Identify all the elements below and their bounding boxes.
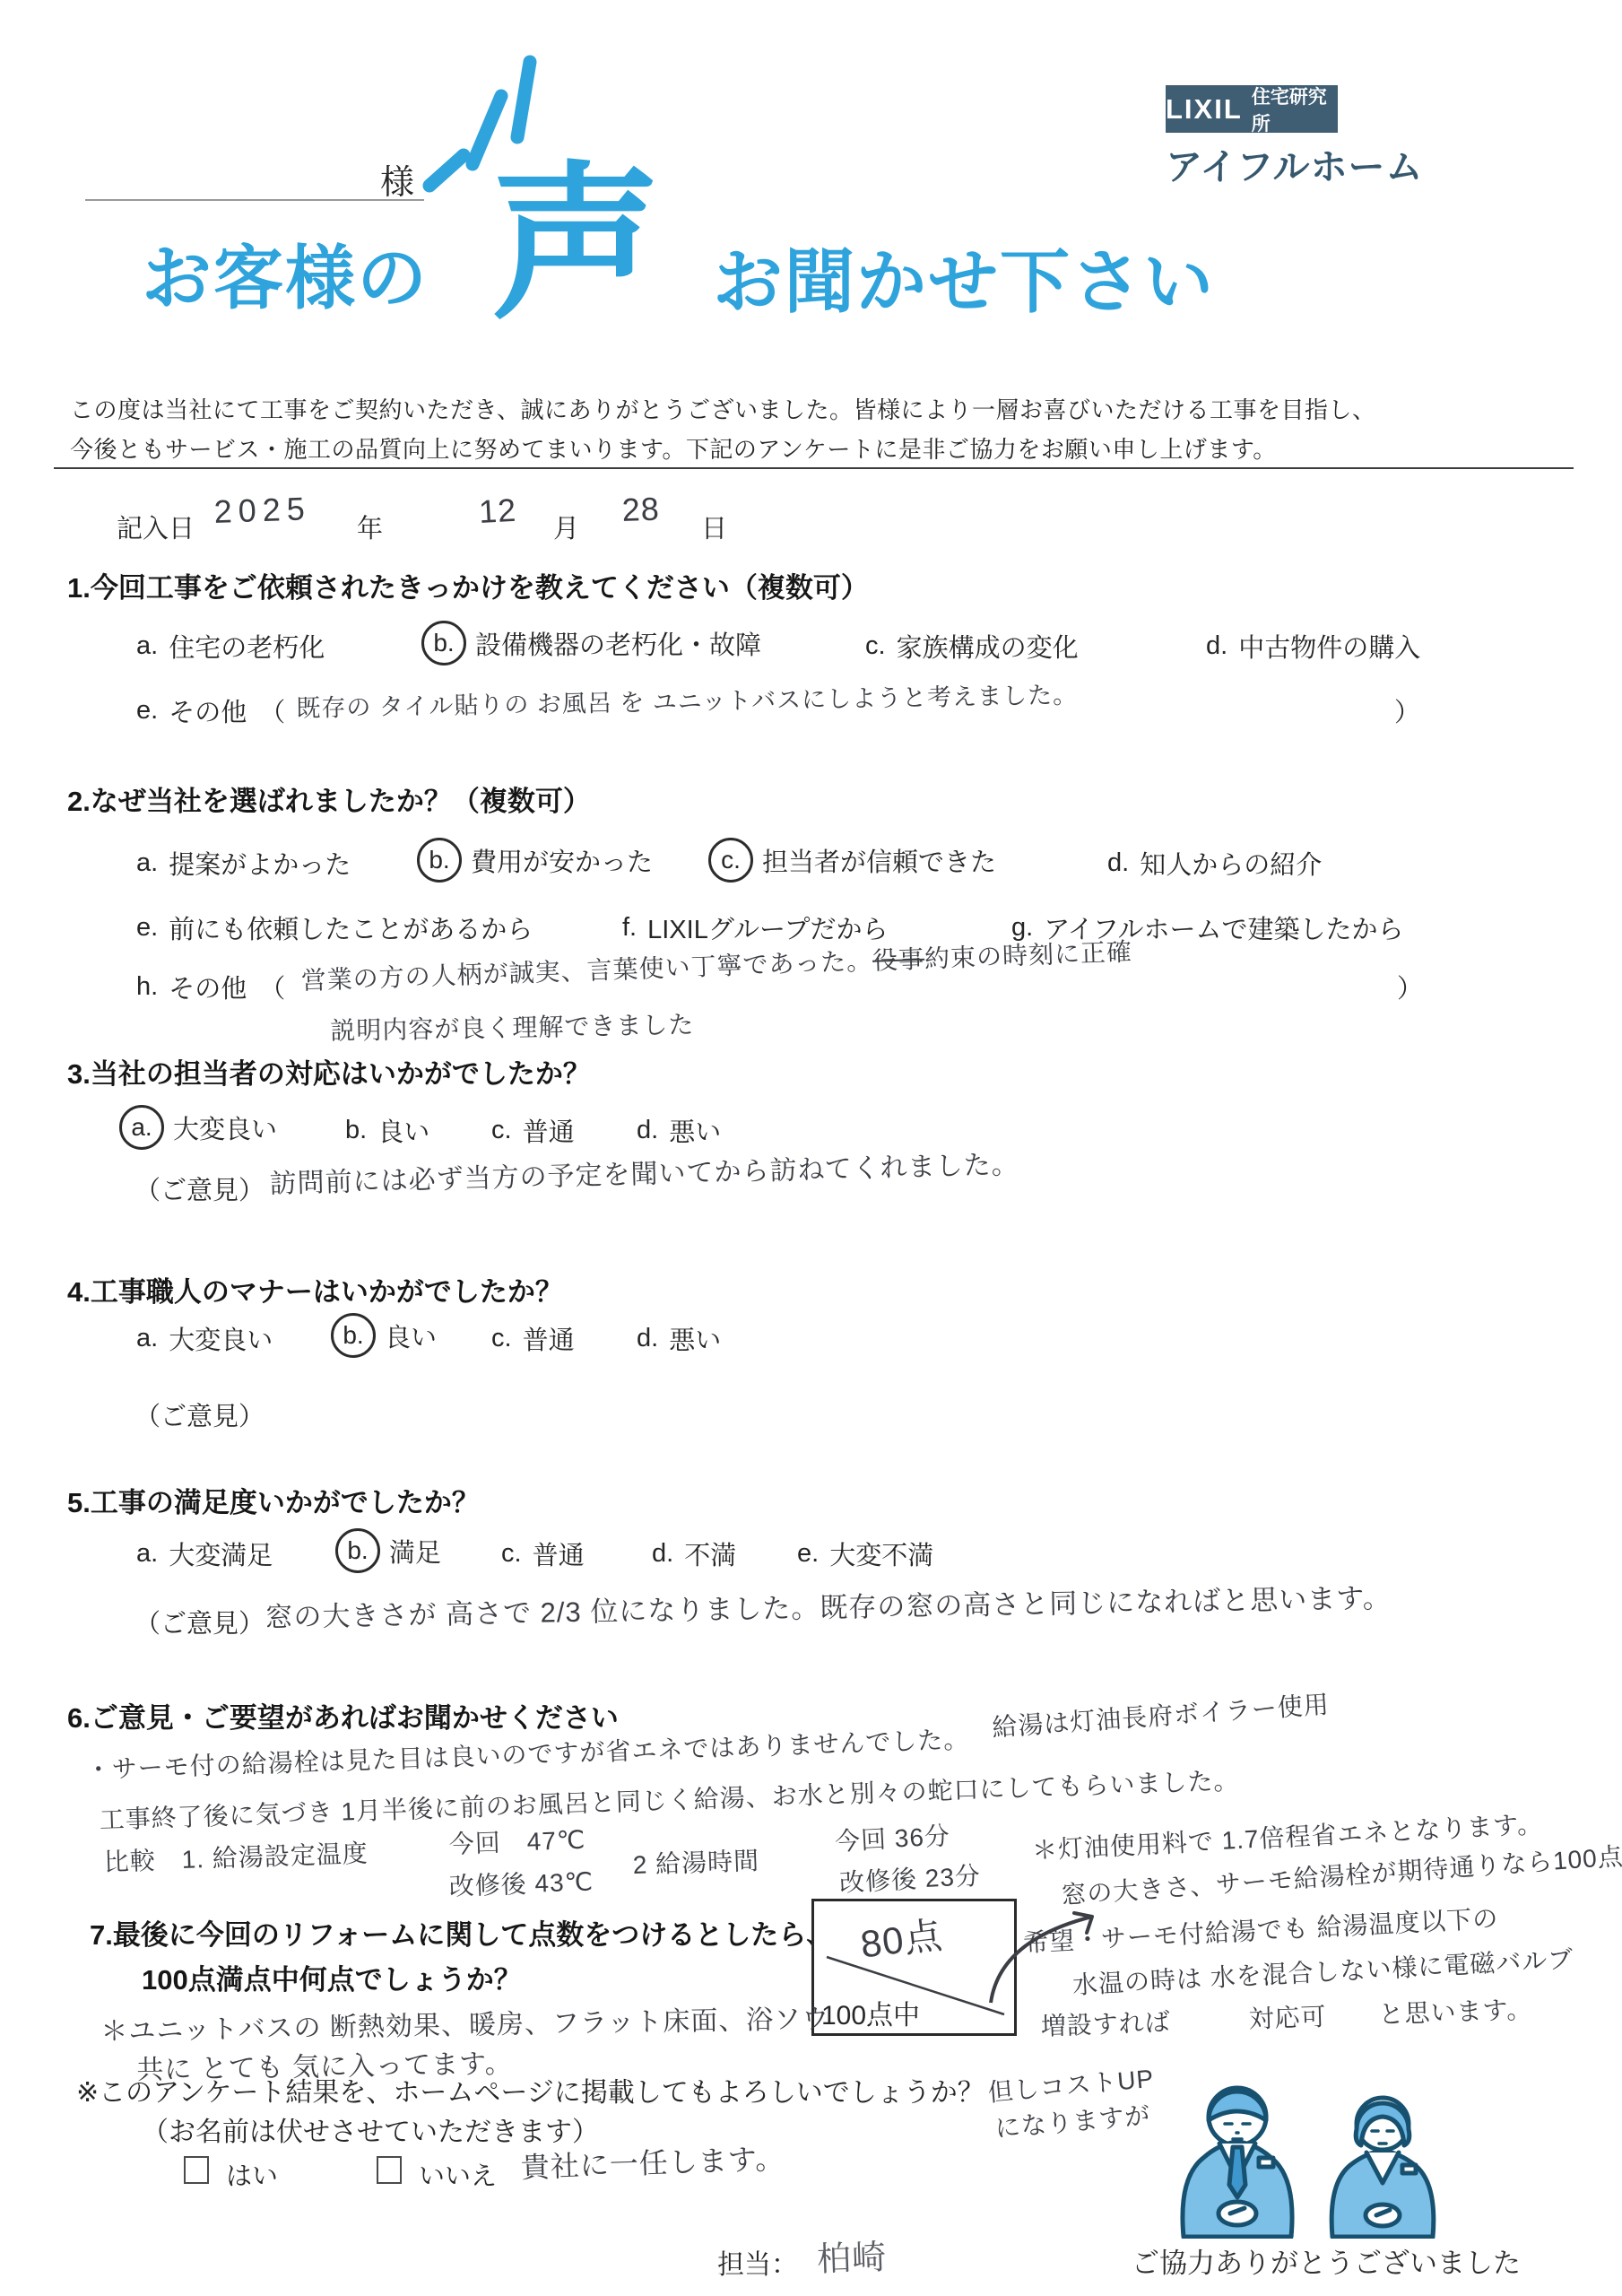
q1-other-answer: 既存の タイル貼りの お風呂 を ユニットバスにしようと考えました。 [296, 675, 1078, 724]
q2-option-h-other: h.その他（ [136, 969, 285, 1005]
q1-option-a: a.住宅の老朽化 [136, 628, 325, 665]
q3-option-b: b.良い [345, 1112, 429, 1149]
date-year-unit: 年 [357, 509, 383, 545]
checkbox-no[interactable] [377, 2156, 402, 2184]
date-month-value: 12 [478, 491, 517, 531]
q3-option-d: d.悪い [637, 1112, 721, 1149]
intro-line1: この度は当社にて工事をご契約いただき、誠にありがとうございました。皆様により一層… [70, 392, 1375, 425]
q4-comment-label: （ご意見） [134, 1396, 265, 1433]
title-voice: 声 [491, 160, 660, 328]
anonymous-note: （お名前は伏せさせていただきます） [142, 2109, 599, 2149]
q1-option-e-other: e.その他（ [136, 692, 285, 729]
q6-compare-label: 比較 1. 給湯設定温度 [103, 1834, 369, 1879]
date-day-value: 28 [621, 491, 660, 529]
intro-line2: 今後ともサービス・施工の品質向上に努めてまいります。下記のアンケートに是非ご協力… [70, 431, 1277, 465]
q6-temp-after: 改修後 43℃ [448, 1862, 594, 1903]
q3-comment: 訪問前には必ず当方の予定を聞いてから訪ねてくれました。 [269, 1142, 1019, 1201]
q3-comment-label: （ご意見） [134, 1170, 265, 1207]
q2-option-a: a.提案がよかった [136, 845, 351, 882]
q2-other-answer-line2: 説明内容が良く理解できました [330, 1005, 695, 1048]
q6-time-after: 改修後 23分 [838, 1857, 982, 1900]
q2-option-d: d.知人からの紹介 [1107, 845, 1322, 882]
q4-heading: 4.工事職人のマナーはいかがでしたか？ [67, 1269, 563, 1309]
customer-name-underline [85, 199, 424, 201]
q3-option-a-selected: a.大変良い [119, 1105, 277, 1150]
lixil-logo-text: LIXIL [1166, 93, 1243, 126]
date-year-value: 2025 [213, 490, 311, 531]
q5-comment: 窓の大きさが 高さで 2/3 位になりました。既存の窓の高さと同じになればと思い… [265, 1575, 1392, 1635]
q1-heading: 1.今回工事をご依頼されたきっかけを教えてください（複数可） [67, 565, 869, 605]
q5-comment-label: （ご意見） [134, 1604, 265, 1640]
lixil-lab-text: 住宅研究所 [1252, 83, 1338, 136]
q6-temp-before: 今回 47℃ [448, 1821, 586, 1861]
q5-option-e: e.大変不満 [797, 1535, 933, 1572]
checkbox-yes[interactable] [184, 2156, 209, 2184]
publish-handwritten-answer: 貴社に一任します。 [520, 2136, 785, 2187]
publish-question: ※このアンケート結果を、ホームページに掲載してもよろしいでしょうか？ [76, 2070, 984, 2109]
date-label: 記入日 [117, 509, 195, 545]
q5-option-d: d.不満 [652, 1535, 736, 1572]
name-suffix: 様 [380, 154, 414, 204]
q7-note-line1: ＊ユニットバスの 断熱効果、暖房、フラット床面、浴ソウ [100, 1996, 830, 2048]
checkbox-yes-label: はい [226, 2156, 278, 2193]
title-right: お聞かせ下さい [713, 226, 1215, 326]
q1-option-c: c.家族構成の変化 [865, 628, 1079, 665]
q6-heading: 6.ご意見・ご要望があればお聞かせください [67, 1695, 619, 1735]
staff-name-handwritten: 柏崎 [816, 2229, 888, 2281]
q7-heading-line2: 100点満点中何点でしょうか？ [142, 1957, 522, 1997]
q3-heading: 3.当社の担当者の対応はいかがでしたか？ [67, 1051, 591, 1091]
survey-form-page: 様 お客様の 声 お聞かせ下さい LIXIL 住宅研究所 アイフルホーム この度… [0, 0, 1622, 2296]
q7-heading-line1: 7.最後に今回のリフォームに関して点数をつけるとしたら、 [90, 1912, 834, 1952]
date-day-unit: 日 [701, 509, 727, 545]
header-divider [54, 467, 1574, 469]
q3-option-c: c.普通 [491, 1112, 575, 1149]
bowing-staff-illustration-icon [1148, 2079, 1470, 2239]
q2-option-b-selected: b.費用が安かった [417, 838, 653, 883]
q6-time-label: 2 給湯時間 [632, 1841, 760, 1882]
q6-time-before: 今回 36分 [834, 1816, 951, 1858]
q4-option-d: d.悪い [637, 1320, 721, 1357]
q5-option-a: a.大変満足 [136, 1535, 273, 1572]
q1-option-b-selected: b.設備機器の老朽化・故障 [421, 621, 761, 665]
q2-heading: 2.なぜ当社を選ばれましたか？（複数可） [67, 778, 591, 819]
thanks-message: ご協力ありがとうございました [1132, 2240, 1521, 2281]
brand-aifulhome: アイフルホーム [1166, 137, 1423, 190]
annotation-arrow-icon [968, 1897, 1121, 2013]
q1-e-close-paren: ） [1394, 692, 1420, 729]
q4-option-b-selected: b.良い [331, 1313, 437, 1358]
q4-option-c: c.普通 [491, 1320, 575, 1357]
q2-option-f: f.LIXILグループだから [622, 909, 889, 946]
staff-label: 担当： [717, 2242, 798, 2282]
q4-option-a: a.大変良い [136, 1320, 273, 1357]
q5-option-c: c.普通 [501, 1535, 585, 1572]
q2-option-c-selected: c.担当者が信頼できた [708, 838, 996, 883]
checkbox-no-label: いいえ [419, 2156, 497, 2193]
q2-h-close-paren: ） [1397, 969, 1423, 1005]
q6-comment-line1b: 給湯は灯油長府ボイラー使用 [991, 1685, 1331, 1744]
q2-option-e: e.前にも依頼したことがあるから [136, 909, 533, 946]
score-value: 80点 [857, 1906, 945, 1970]
title-left: お客様の [142, 222, 429, 323]
lixil-logo: LIXIL 住宅研究所 [1166, 85, 1338, 133]
q5-heading: 5.工事の満足度いかがでしたか？ [67, 1480, 480, 1520]
score-total-label: 100点中 [821, 1993, 920, 2032]
q1-option-d: d.中古物件の購入 [1206, 628, 1420, 665]
q5-option-b-selected: b.満足 [335, 1528, 441, 1573]
date-month-unit: 月 [553, 509, 579, 545]
